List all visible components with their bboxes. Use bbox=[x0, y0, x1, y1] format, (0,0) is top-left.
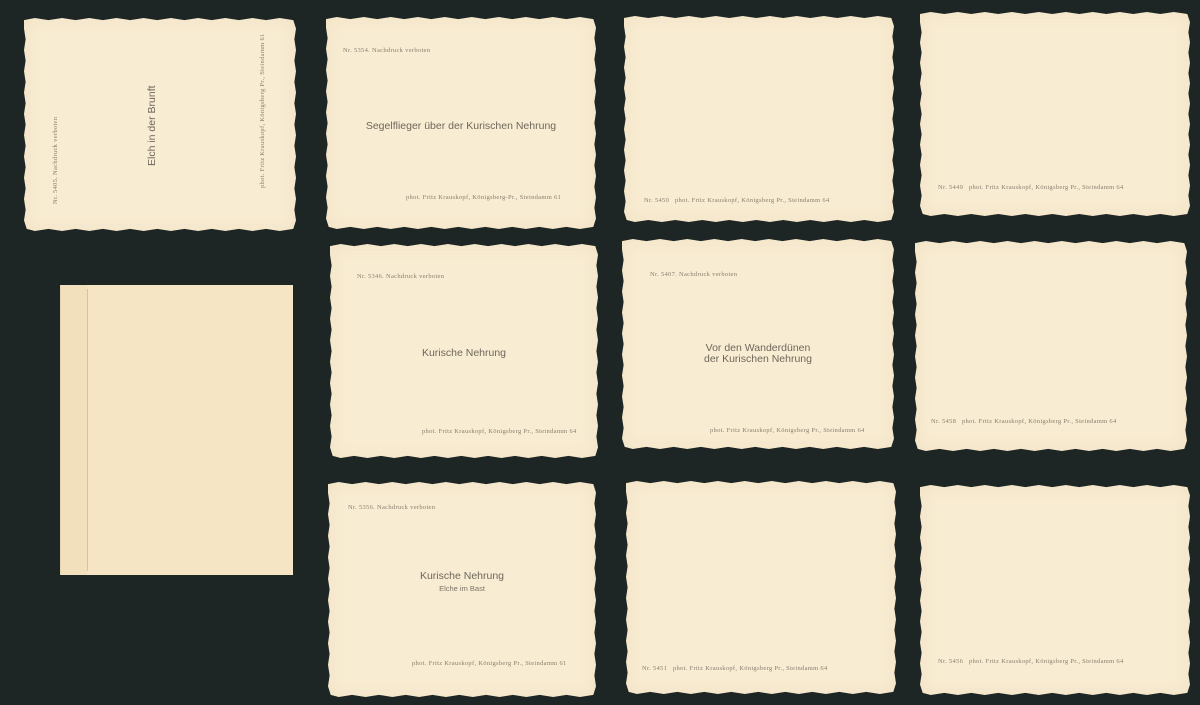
envelope-flap bbox=[61, 285, 87, 575]
card-credit-text: phot. Fritz Krauskopf, Königsberg Pr., S… bbox=[673, 665, 828, 672]
card-credit-text: phot. Fritz Krauskopf, Königsberg Pr., S… bbox=[962, 418, 1117, 425]
card-subtitle: Elche im Bast bbox=[328, 583, 596, 594]
postcard-5456: Nr. 5456 phot. Fritz Krauskopf, Königsbe… bbox=[920, 485, 1190, 695]
card-credit: Nr. 5456 phot. Fritz Krauskopf, Königsbe… bbox=[938, 658, 1124, 665]
card-title: Kurische Nehrung bbox=[330, 348, 598, 359]
postcard-elche-im-bast: Nr. 5356. Nachdruck verboten Kurische Ne… bbox=[328, 482, 596, 697]
postcard-5451: Nr. 5451 phot. Fritz Krauskopf, Königsbe… bbox=[626, 481, 896, 694]
envelope bbox=[60, 285, 293, 575]
card-title: Segelflieger über der Kurischen Nehrung bbox=[326, 121, 596, 132]
card-number: Nr. 5356. Nachdruck verboten bbox=[348, 504, 435, 511]
card-title-line-2: der Kurischen Nehrung bbox=[622, 354, 894, 365]
card-credit-text: phot. Fritz Krauskopf, Königsberg Pr., S… bbox=[969, 184, 1124, 191]
card-title-rotated: Elch in der Brunft bbox=[146, 85, 158, 166]
postcard-5449: Nr. 5449 phot. Fritz Krauskopf, Königsbe… bbox=[920, 12, 1190, 216]
postcard-elch-in-der-brunft: Nr. 5405. Nachdruck verboten Elch in der… bbox=[24, 18, 296, 231]
card-credit: phot. Fritz Krauskopf, Königsberg-Pr., S… bbox=[406, 194, 561, 201]
card-number: Nr. 5456 bbox=[938, 658, 963, 665]
card-number: Nr. 5346. Nachdruck verboten bbox=[357, 273, 444, 280]
card-credit: phot. Fritz Krauskopf, Königsberg Pr., S… bbox=[412, 660, 567, 667]
card-credit-rotated: phot. Fritz Krauskopf, Königsberg Pr., S… bbox=[259, 33, 266, 188]
card-title: Kurische Nehrung bbox=[328, 571, 596, 582]
card-credit: Nr. 5450 phot. Fritz Krauskopf, Königsbe… bbox=[644, 197, 830, 204]
card-number: Nr. 5354. Nachdruck verboten bbox=[343, 47, 430, 54]
card-number: Nr. 5449 bbox=[938, 184, 963, 191]
postcard-wanderduenen: Nr. 5407. Nachdruck verboten Vor den Wan… bbox=[622, 239, 894, 449]
card-credit-text: phot. Fritz Krauskopf, Königsberg Pr., S… bbox=[675, 197, 830, 204]
envelope-fold-line bbox=[87, 289, 88, 571]
card-number: Nr. 5407. Nachdruck verboten bbox=[650, 271, 737, 278]
card-number: Nr. 5450 bbox=[644, 197, 669, 204]
postcard-segelflieger: Nr. 5354. Nachdruck verboten Segelfliege… bbox=[326, 17, 596, 229]
card-credit: phot. Fritz Krauskopf, Königsberg Pr., S… bbox=[710, 427, 865, 434]
card-credit: Nr. 5458 phot. Fritz Krauskopf, Königsbe… bbox=[931, 418, 1117, 425]
card-credit-text: phot. Fritz Krauskopf, Königsberg Pr., S… bbox=[969, 658, 1124, 665]
postcard-5458: Nr. 5458 phot. Fritz Krauskopf, Königsbe… bbox=[915, 241, 1187, 451]
postcard-5450: Nr. 5450 phot. Fritz Krauskopf, Königsbe… bbox=[624, 16, 894, 222]
card-credit: phot. Fritz Krauskopf, Königsberg Pr., S… bbox=[422, 428, 577, 435]
card-number: Nr. 5451 bbox=[642, 665, 667, 672]
card-number: Nr. 5458 bbox=[931, 418, 956, 425]
card-credit: Nr. 5451 phot. Fritz Krauskopf, Königsbe… bbox=[642, 665, 828, 672]
postcard-kurische-nehrung: Nr. 5346. Nachdruck verboten Kurische Ne… bbox=[330, 244, 598, 458]
card-credit: Nr. 5449 phot. Fritz Krauskopf, Königsbe… bbox=[938, 184, 1124, 191]
card-number-rotated: Nr. 5405. Nachdruck verboten bbox=[52, 117, 59, 204]
